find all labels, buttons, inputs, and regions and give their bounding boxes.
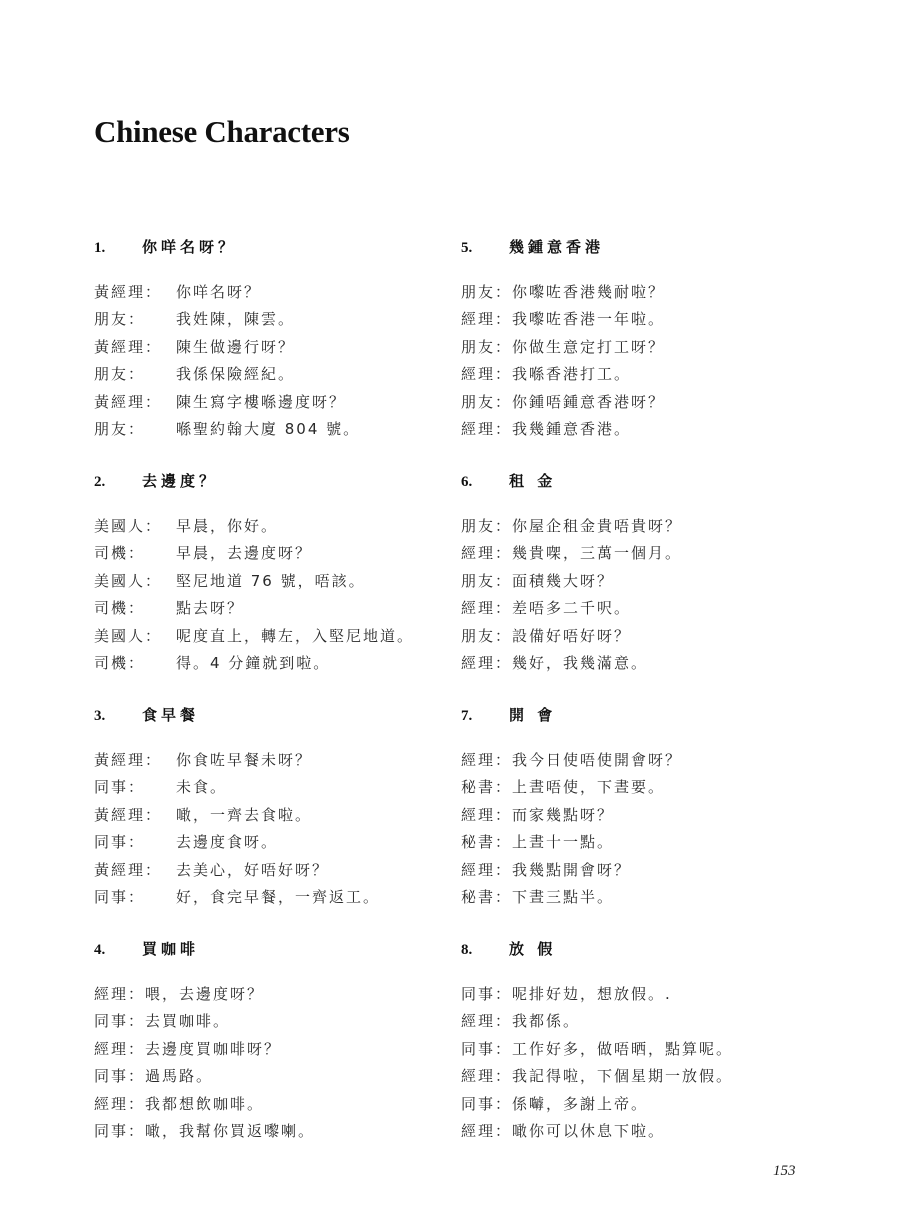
section-number: 8. [461,942,509,959]
utterance: 我幾點開會呀？ [512,857,631,884]
speaker-label: 美國人： [94,513,176,540]
dialogue-line: 經理：噉你可以休息下啦。 [461,1118,821,1145]
dialogue-line: 朋友：喺聖約翰大廈 804 號。 [94,416,454,443]
utterance: 我喺香港打工。 [512,361,631,388]
section-number: 3. [94,708,142,725]
utterance: 早晨，去邊度呀？ [176,540,312,567]
speaker-label: 朋友： [461,623,512,650]
dialogue-line: 經理：幾貴㗎，三萬一個月。 [461,540,821,567]
dialogue-line: 同事：呢排好攰，想放假。. [461,981,821,1008]
dialogue-line: 黃經理：陳生做邊行呀？ [94,334,454,361]
speaker-label: 秘書： [461,829,512,856]
speaker-label: 經理： [461,802,512,829]
utterance: 面積幾大呀？ [512,568,614,595]
utterance: 點去呀？ [176,595,244,622]
utterance: 幾好，我幾滿意。 [512,650,648,677]
speaker-label: 秘書： [461,774,512,801]
utterance: 你咩名呀？ [176,279,261,306]
utterance: 我都想飲咖啡。 [145,1091,264,1118]
dialogue-line: 同事：過馬路。 [94,1063,454,1090]
utterance: 我記得啦，下個星期一放假。 [512,1063,733,1090]
dialogue-line: 朋友：你屋企租金貴唔貴呀？ [461,513,821,540]
section-heading: 5. 幾鍾意香港 [461,236,821,262]
utterance: 喂，去邊度呀？ [145,981,264,1008]
section-number: 6. [461,474,509,491]
speaker-label: 朋友： [461,334,512,361]
dialogue-line: 同事：好，食完早餐，一齊返工。 [94,884,454,911]
utterance: 陳生寫字樓喺邊度呀？ [176,389,346,416]
speaker-label: 朋友： [461,389,512,416]
section-number: 1. [94,240,142,257]
dialogue-line: 黃經理：陳生寫字樓喺邊度呀？ [94,389,454,416]
utterance: 下晝三點半。 [512,884,614,911]
dialogue-line: 同事：未食。 [94,774,454,801]
section-title: 幾鍾意香港 [509,236,604,257]
speaker-label: 經理： [461,650,512,677]
section-heading: 3. 食早餐 [94,704,454,730]
speaker-label: 經理： [461,857,512,884]
speaker-label: 司機： [94,650,176,677]
speaker-label: 經理： [461,540,512,567]
section-title: 租 金 [509,470,556,491]
dialogue-line: 朋友：你做生意定打工呀？ [461,334,821,361]
utterance: 工作好多，做唔晒，點算呢。 [512,1036,733,1063]
section-title: 開 會 [509,704,556,725]
speaker-label: 同事： [461,1036,512,1063]
section-heading: 2. 去邊度？ [94,470,454,496]
section-number: 7. [461,708,509,725]
utterance: 去買咖啡。 [145,1008,230,1035]
dialogue-section-3: 3. 食早餐 黃經理：你食咗早餐未呀？ 同事：未食。 黃經理：噉，一齊去食啦。 … [94,704,454,911]
utterance: 未食。 [176,774,227,801]
utterance: 喺聖約翰大廈 804 號。 [176,416,360,443]
speaker-label: 朋友： [94,306,176,333]
speaker-label: 司機： [94,595,176,622]
utterance: 你屋企租金貴唔貴呀？ [512,513,682,540]
dialogue-line: 朋友：我係保險經紀。 [94,361,454,388]
utterance: 陳生做邊行呀？ [176,334,295,361]
section-title: 放 假 [509,938,556,959]
dialogue-line: 黃經理：你咩名呀？ [94,279,454,306]
dialogue-section-7: 7. 開 會 經理：我今日使唔使開會呀？ 秘書：上晝唔使，下晝要。 經理：而家幾… [461,704,821,911]
utterance: 堅尼地道 76 號，唔該。 [176,568,366,595]
dialogue-line: 經理：差唔多二千呎。 [461,595,821,622]
section-number: 4. [94,942,142,959]
dialogue-line: 經理：我幾點開會呀？ [461,857,821,884]
speaker-label: 同事： [94,829,176,856]
dialogue-line: 黃經理：你食咗早餐未呀？ [94,747,454,774]
dialogue-line: 黃經理：去美心，好唔好呀？ [94,857,454,884]
speaker-label: 同事： [94,884,176,911]
utterance: 你食咗早餐未呀？ [176,747,312,774]
dialogue-section-8: 8. 放 假 同事：呢排好攰，想放假。. 經理：我都係。 同事：工作好多，做唔晒… [461,938,821,1145]
dialogue-line: 經理：我都係。 [461,1008,821,1035]
utterance: 我今日使唔使開會呀？ [512,747,682,774]
section-title: 買咖啡 [142,938,199,959]
utterance: 上晝唔使，下晝要。 [512,774,665,801]
speaker-label: 同事： [461,1091,512,1118]
speaker-label: 同事： [94,1063,145,1090]
utterance: 係嚹，多謝上帝。 [512,1091,648,1118]
speaker-label: 同事： [94,1008,145,1035]
dialogue-line: 經理：我幾鍾意香港。 [461,416,821,443]
utterance: 呢度直上，轉左，入堅尼地道。 [176,623,414,650]
dialogue-line: 經理：喂，去邊度呀？ [94,981,454,1008]
utterance: 差唔多二千呎。 [512,595,631,622]
speaker-label: 同事： [94,1118,145,1145]
speaker-label: 經理： [94,1091,145,1118]
speaker-label: 美國人： [94,623,176,650]
section-title: 食早餐 [142,704,199,725]
speaker-label: 經理： [461,1118,512,1145]
dialogue-line: 司機：早晨，去邊度呀？ [94,540,454,567]
utterance: 呢排好攰，想放假。. [512,981,672,1008]
dialogue-line: 朋友：你嚟咗香港幾耐啦？ [461,279,821,306]
speaker-label: 同事： [461,981,512,1008]
dialogue-line: 秘書：下晝三點半。 [461,884,821,911]
dialogue-line: 經理：我今日使唔使開會呀？ [461,747,821,774]
utterance: 而家幾點呀？ [512,802,614,829]
section-heading: 4. 買咖啡 [94,938,454,964]
dialogue-line: 朋友：我姓陳，陳雲。 [94,306,454,333]
utterance: 設備好唔好呀？ [512,623,631,650]
utterance: 我幾鍾意香港。 [512,416,631,443]
dialogue-section-5: 5. 幾鍾意香港 朋友：你嚟咗香港幾耐啦？ 經理：我嚟咗香港一年啦。 朋友：你做… [461,236,821,443]
speaker-label: 美國人： [94,568,176,595]
utterance: 去邊度買咖啡呀？ [145,1036,281,1063]
dialogue-line: 美國人：呢度直上，轉左，入堅尼地道。 [94,623,454,650]
utterance: 噉你可以休息下啦。 [512,1118,665,1145]
dialogue-line: 黃經理：噉，一齊去食啦。 [94,802,454,829]
utterance: 過馬路。 [145,1063,213,1090]
utterance: 噉，我幫你買返嚟喇。 [145,1118,315,1145]
section-number: 2. [94,474,142,491]
speaker-label: 黃經理： [94,802,176,829]
speaker-label: 經理： [461,1063,512,1090]
section-heading: 6. 租 金 [461,470,821,496]
speaker-label: 黃經理： [94,857,176,884]
utterance: 你鍾唔鍾意香港呀？ [512,389,665,416]
speaker-label: 經理： [94,1036,145,1063]
dialogue-line: 經理：去邊度買咖啡呀？ [94,1036,454,1063]
speaker-label: 經理： [461,1008,512,1035]
dialogue-line: 經理：而家幾點呀？ [461,802,821,829]
speaker-label: 經理： [94,981,145,1008]
utterance: 去美心，好唔好呀？ [176,857,329,884]
speaker-label: 同事： [94,774,176,801]
speaker-label: 司機： [94,540,176,567]
utterance: 我嚟咗香港一年啦。 [512,306,665,333]
dialogue-section-1: 1. 你咩名呀？ 黃經理：你咩名呀？ 朋友：我姓陳，陳雲。 黃經理：陳生做邊行呀… [94,236,454,443]
speaker-label: 朋友： [461,568,512,595]
speaker-label: 朋友： [94,361,176,388]
section-number: 5. [461,240,509,257]
dialogue-line: 經理：我喺香港打工。 [461,361,821,388]
dialogue-line: 美國人：早晨，你好。 [94,513,454,540]
dialogue-line: 經理：我記得啦，下個星期一放假。 [461,1063,821,1090]
dialogue-line: 朋友：你鍾唔鍾意香港呀？ [461,389,821,416]
dialogue-section-6: 6. 租 金 朋友：你屋企租金貴唔貴呀？ 經理：幾貴㗎，三萬一個月。 朋友：面積… [461,470,821,677]
section-heading: 7. 開 會 [461,704,821,730]
dialogue-section-2: 2. 去邊度？ 美國人：早晨，你好。 司機：早晨，去邊度呀？ 美國人：堅尼地道 … [94,470,454,677]
dialogue-line: 司機：得。4 分鐘就到啦。 [94,650,454,677]
speaker-label: 秘書： [461,884,512,911]
dialogue-line: 經理：我都想飲咖啡。 [94,1091,454,1118]
speaker-label: 朋友： [94,416,176,443]
utterance: 我姓陳，陳雲。 [176,306,295,333]
speaker-label: 黃經理： [94,334,176,361]
utterance: 我係保險經紀。 [176,361,295,388]
dialogue-line: 美國人：堅尼地道 76 號，唔該。 [94,568,454,595]
dialogue-line: 經理：我嚟咗香港一年啦。 [461,306,821,333]
speaker-label: 黃經理： [94,389,176,416]
utterance: 幾貴㗎，三萬一個月。 [512,540,682,567]
dialogue-line: 同事：去邊度食呀。 [94,829,454,856]
dialogue-line: 秘書：上晝唔使，下晝要。 [461,774,821,801]
speaker-label: 經理： [461,306,512,333]
speaker-label: 經理： [461,595,512,622]
speaker-label: 朋友： [461,513,512,540]
speaker-label: 經理： [461,747,512,774]
dialogue-line: 司機：點去呀？ [94,595,454,622]
dialogue-line: 同事：噉，我幫你買返嚟喇。 [94,1118,454,1145]
dialogue-line: 同事：工作好多，做唔晒，點算呢。 [461,1036,821,1063]
dialogue-line: 朋友：面積幾大呀？ [461,568,821,595]
utterance: 你做生意定打工呀？ [512,334,665,361]
speaker-label: 經理： [461,361,512,388]
section-heading: 8. 放 假 [461,938,821,964]
utterance: 噉，一齊去食啦。 [176,802,312,829]
dialogue-line: 秘書：上晝十一點。 [461,829,821,856]
speaker-label: 經理： [461,416,512,443]
section-heading: 1. 你咩名呀？ [94,236,454,262]
utterance: 得。4 分鐘就到啦。 [176,650,330,677]
dialogue-line: 朋友：設備好唔好呀？ [461,623,821,650]
dialogue-section-4: 4. 買咖啡 經理：喂，去邊度呀？ 同事：去買咖啡。 經理：去邊度買咖啡呀？ 同… [94,938,454,1145]
page-title: Chinese Characters [94,112,349,152]
speaker-label: 朋友： [461,279,512,306]
utterance: 你嚟咗香港幾耐啦？ [512,279,665,306]
dialogue-line: 同事：係嚹，多謝上帝。 [461,1091,821,1118]
page-number: 153 [773,1163,796,1180]
speaker-label: 黃經理： [94,279,176,306]
utterance: 去邊度食呀。 [176,829,278,856]
section-title: 你咩名呀？ [142,236,237,257]
utterance: 早晨，你好。 [176,513,278,540]
speaker-label: 黃經理： [94,747,176,774]
utterance: 好，食完早餐，一齊返工。 [176,884,380,911]
dialogue-line: 經理：幾好，我幾滿意。 [461,650,821,677]
section-title: 去邊度？ [142,470,218,491]
utterance: 上晝十一點。 [512,829,614,856]
dialogue-line: 同事：去買咖啡。 [94,1008,454,1035]
utterance: 我都係。 [512,1008,580,1035]
